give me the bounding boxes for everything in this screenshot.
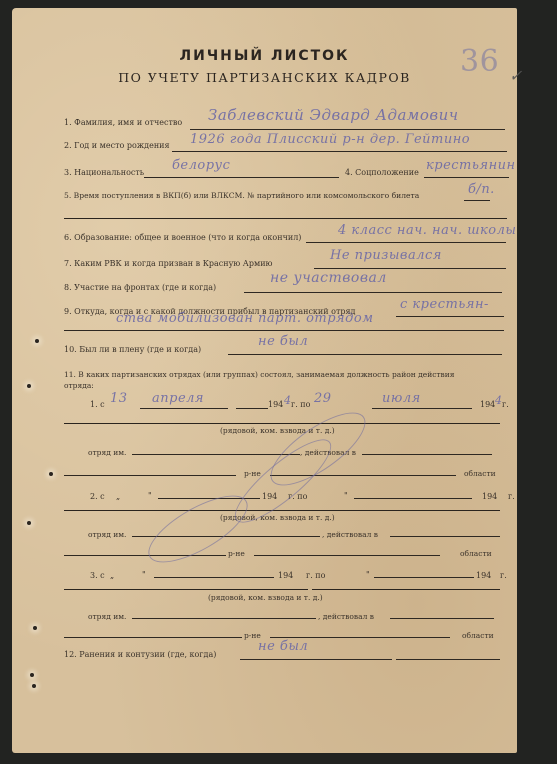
entry-2-deistvoval: , действовал в	[322, 530, 378, 539]
entry-1-rne: р-не	[244, 469, 261, 478]
field-2-line	[172, 151, 507, 152]
entry-1-month-from-line	[140, 408, 228, 409]
punch-hole	[27, 384, 31, 388]
entry-1-rayon-line	[64, 475, 236, 476]
punch-hole	[30, 673, 34, 677]
entry-3-g: г.	[500, 571, 507, 580]
field-3-value: белорус	[172, 158, 230, 173]
entry-1-month-to-line	[372, 408, 472, 409]
field-10-value: не был	[258, 334, 308, 349]
entry-2-oblasti: области	[460, 549, 492, 558]
field-3-label: 3. Национальность	[64, 168, 144, 177]
entry-1-day-to: 29	[314, 391, 332, 406]
entry-3-quote-close-2: "	[366, 570, 370, 579]
entry-2-rayon-line	[64, 555, 226, 556]
entry-1-num: 1. с	[90, 400, 105, 409]
field-5-value: б/п.	[468, 182, 495, 197]
entry-2-quote-close: "	[148, 491, 152, 500]
field-4-value: крестьянин	[426, 158, 516, 173]
field-7-line	[314, 268, 506, 269]
entry-2-role-line	[64, 510, 500, 511]
field-1-label: 1. Фамилия, имя и отчество	[64, 118, 182, 127]
field-8-line	[244, 292, 502, 293]
field-6-value: 4 класс нач. нач. школы	[338, 223, 517, 238]
entry-3-month-from-line	[154, 577, 274, 578]
check-mark-icon: ✓	[509, 66, 523, 85]
entry-2-num: 2. с	[90, 492, 105, 501]
punch-hole	[32, 684, 36, 688]
field-5-label: 5. Время поступления в ВКП(б) или ВЛКСМ.…	[64, 191, 419, 200]
entry-3-year-to: 194	[476, 571, 491, 580]
entry-1-year-from: 194	[268, 400, 283, 409]
field-8-label: 8. Участие на фронтах (где и когда)	[64, 283, 216, 292]
entry-3-region-line	[390, 618, 494, 619]
corner-number: 36	[460, 44, 499, 79]
field-9-value-cont: ства мобилизован парт. отрядом	[116, 311, 374, 326]
entry-2-quote-open: „	[116, 492, 120, 501]
field-10-label: 10. Был ли в плену (где и когда)	[64, 345, 201, 354]
entry-1-month-to: июля	[382, 391, 421, 406]
entry-1-role-line	[64, 423, 500, 424]
field-7-label: 7. Каким РВК и когда призван в Красную А…	[64, 259, 273, 268]
punch-hole	[33, 626, 37, 630]
entry-2-region-line	[390, 536, 500, 537]
field-11-label-cont: отряда:	[64, 381, 94, 390]
field-12-line	[240, 659, 392, 660]
entry-1-year-to: 194	[480, 400, 495, 409]
entry-3-otryad-line	[132, 618, 316, 619]
entry-2-oblast-line	[254, 555, 440, 556]
field-12-line-2	[396, 659, 500, 660]
punch-hole	[27, 521, 31, 525]
entry-1-region-line	[362, 454, 492, 455]
entry-3-month-to-line	[374, 577, 474, 578]
entry-1-g: г.	[502, 400, 509, 409]
field-9-line	[396, 316, 504, 317]
field-4-line	[424, 177, 509, 178]
field-5-line-2	[64, 218, 507, 219]
entry-2-g: г.	[508, 492, 515, 501]
entry-3-po: г. по	[306, 571, 325, 580]
entry-3-quote-open: „	[110, 571, 114, 580]
entry-3-role-line	[64, 589, 308, 590]
field-6-line	[306, 242, 506, 243]
field-9-line-2	[64, 330, 504, 331]
entry-1-otryad-label: отряд им.	[88, 448, 126, 457]
entry-2-rne: р-не	[228, 549, 245, 558]
entry-1-oblasti: области	[464, 469, 496, 478]
document-sheet: ЛИЧНЫЙ ЛИСТОК ПО УЧЕТУ ПАРТИЗАНСКИХ КАДР…	[12, 8, 517, 753]
field-6-label: 6. Образование: общее и военное (что и к…	[64, 233, 301, 242]
field-9-value: с крестьян-	[400, 297, 489, 312]
field-7-value: Не призывался	[330, 248, 442, 263]
entry-1-month-from: апреля	[152, 391, 204, 406]
field-8-value: не участвовал	[270, 270, 387, 286]
punch-hole	[35, 339, 39, 343]
entry-1-otryad-line	[132, 454, 300, 455]
entry-3-role-hint: (рядовой, ком. взвода и т. д.)	[208, 593, 323, 602]
entry-3-oblast-line	[270, 637, 450, 638]
field-3-line	[144, 177, 339, 178]
field-11-label: 11. В каких партизанских отрядах (или гр…	[64, 370, 455, 379]
document-title: ЛИЧНЫЙ ЛИСТОК	[12, 48, 517, 64]
field-5-line	[464, 200, 490, 201]
entry-1-day-from: 13	[110, 391, 128, 406]
entry-1-po: г. по	[291, 400, 310, 409]
field-1-line	[190, 129, 505, 130]
entry-3-quote-close: "	[142, 570, 146, 579]
entry-3-year-from: 194	[278, 571, 293, 580]
field-4-label: 4. Соцположение	[345, 168, 419, 177]
punch-hole	[49, 472, 53, 476]
entry-2-quote-close-2: "	[344, 491, 348, 500]
entry-2-month-to-line	[354, 498, 472, 499]
field-1-value: Заблевский Эдвард Адамович	[208, 106, 459, 124]
entry-1-gap-line	[236, 408, 268, 409]
entry-3-rayon-line	[64, 637, 242, 638]
field-12-label: 12. Ранения и контузии (где, когда)	[64, 650, 216, 659]
field-12-value: не был	[258, 639, 308, 654]
field-10-line	[228, 354, 502, 355]
entry-3-role-line-2	[312, 589, 500, 590]
field-2-label: 2. Год и место рождения	[64, 141, 170, 150]
entry-3-oblasti: области	[462, 631, 494, 640]
document-subtitle: ПО УЧЕТУ ПАРТИЗАНСКИХ КАДРОВ	[12, 70, 517, 85]
entry-2-otryad-label: отряд им.	[88, 530, 126, 539]
field-2-value: 1926 года Плисский р-н дер. Гейтино	[190, 132, 470, 147]
entry-3-otryad-label: отряд им.	[88, 612, 126, 621]
entry-3-deistvoval: , действовал в	[318, 612, 374, 621]
entry-3-num: 3. с	[90, 571, 105, 580]
strike-mark-3	[139, 483, 257, 575]
entry-2-year-to: 194	[482, 492, 497, 501]
